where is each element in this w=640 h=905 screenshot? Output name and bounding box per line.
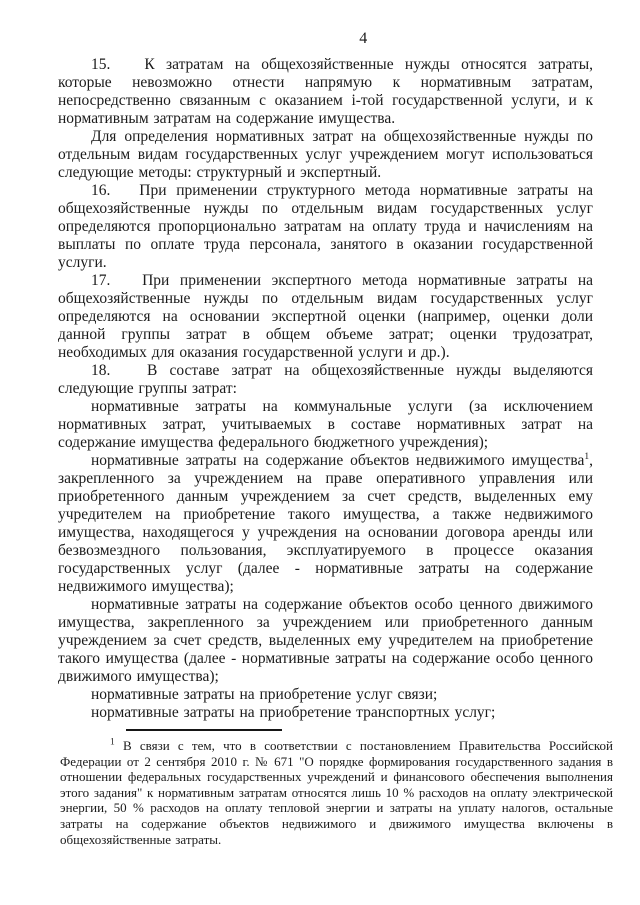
paragraph: 16. При применении структурного метода н… [58, 182, 593, 272]
paragraph: нормативные затраты на приобретение тран… [58, 704, 593, 722]
paragraph: нормативные затраты на содержание объект… [58, 596, 593, 686]
paragraph: 15. К затратам на общехозяйственные нужд… [58, 56, 593, 128]
document-paragraphs: 15. К затратам на общехозяйственные нужд… [58, 56, 593, 722]
paragraph: нормативные затраты на коммунальные услу… [58, 398, 593, 452]
footnote-block: 1 В связи с тем, что в соответствии с по… [60, 729, 613, 847]
paragraph: Для определения нормативных затрат на об… [58, 128, 593, 182]
footnote-marker: 1 [584, 452, 589, 462]
paragraph: 17. При применении экспертного метода но… [58, 272, 593, 362]
footnote-separator [126, 729, 282, 731]
footnote-text: 1 В связи с тем, что в соответствии с по… [60, 738, 613, 847]
document-page: 4 15. К затратам на общехозяйственные ну… [0, 0, 640, 905]
paragraph: нормативные затраты на приобретение услу… [58, 686, 593, 704]
footnote: 1 В связи с тем, что в соответствии с по… [60, 738, 613, 847]
paragraph: 18. В составе затрат на общехозяйственны… [58, 362, 593, 398]
paragraph: нормативные затраты на содержание объект… [58, 452, 593, 596]
page-number: 4 [58, 30, 631, 48]
footnote-marker: 1 [110, 738, 115, 748]
